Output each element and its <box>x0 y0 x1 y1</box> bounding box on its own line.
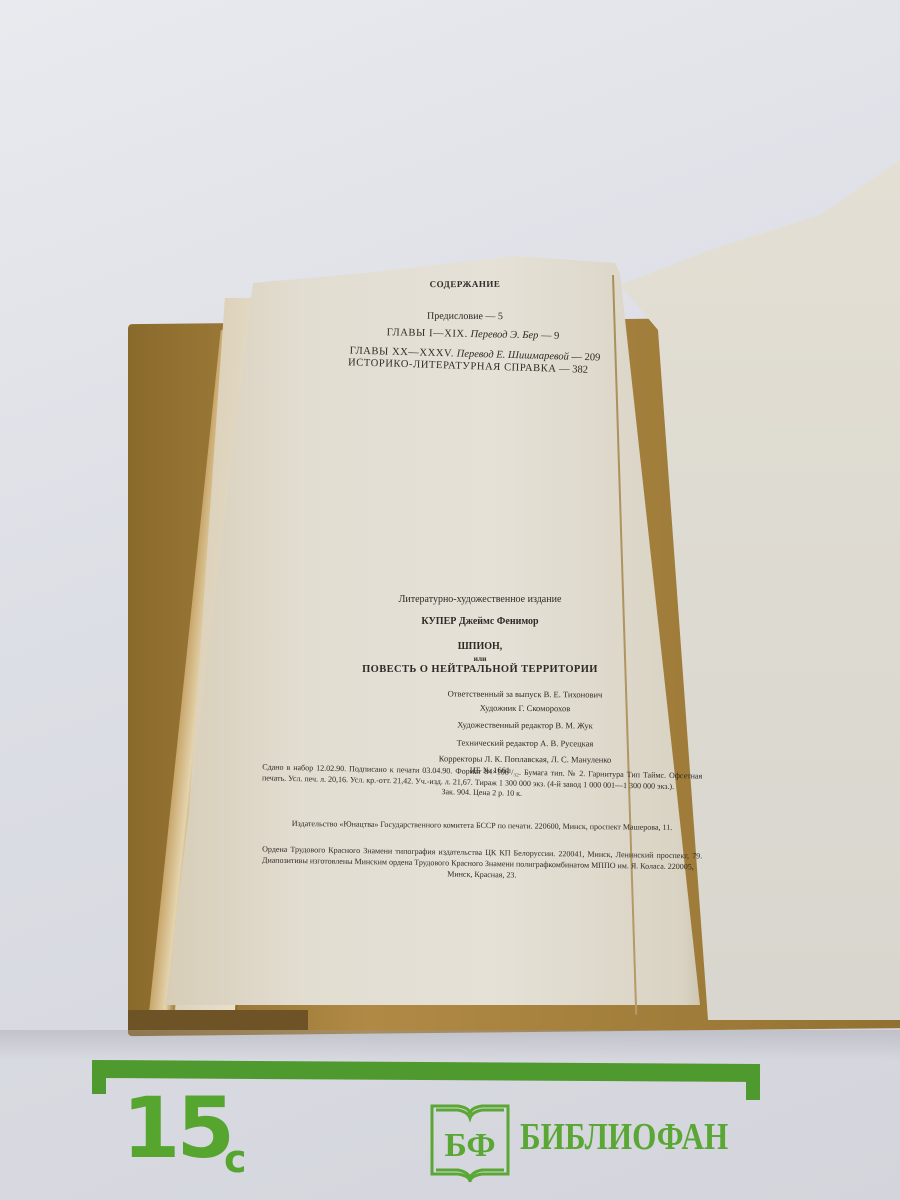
entry-dash: — <box>556 364 572 375</box>
price-value: 15 <box>122 1086 231 1170</box>
contents-entry-preface: Предисловие — 5 <box>390 311 540 323</box>
book-author: КУПЕР Джеймс Фенимор <box>320 616 640 627</box>
open-book-logo-icon: БФ <box>428 1100 512 1184</box>
entry-label: ГЛАВЫ I—XIX. <box>387 327 468 340</box>
printer-info: Ордена Трудового Красного Знамени типогр… <box>262 844 702 884</box>
brand-name: БИБЛИОФАН <box>520 1118 728 1156</box>
entry-dash: — <box>538 330 554 341</box>
price-unit: с <box>224 1140 247 1178</box>
contents-title: СОДЕРЖАНИЕ <box>395 279 535 290</box>
book-title-main: ШПИОН, <box>340 641 620 652</box>
entry-translator: Перевод Э. Бер <box>470 329 538 341</box>
entry-page: 382 <box>572 364 588 375</box>
book-title-or: или <box>340 654 620 663</box>
edition-type: Литературно-художественное издание <box>300 594 660 605</box>
photo-scene: СОДЕРЖАНИЕ Предисловие — 5 ГЛАВЫ I—XIX. … <box>0 0 900 1200</box>
book-subtitle: ПОВЕСТЬ О НЕЙТРАЛЬНОЙ ТЕРРИТОРИИ <box>300 664 660 675</box>
shadow <box>0 1030 900 1060</box>
book-spine-bottom <box>128 1010 308 1030</box>
entry-page: 209 <box>584 352 600 363</box>
label-right-tick <box>746 1066 760 1100</box>
logo-mark: БФ <box>444 1127 495 1164</box>
entry-page: 9 <box>554 331 559 342</box>
entry-dash: — <box>569 352 585 363</box>
label-left-tick <box>92 1062 106 1094</box>
